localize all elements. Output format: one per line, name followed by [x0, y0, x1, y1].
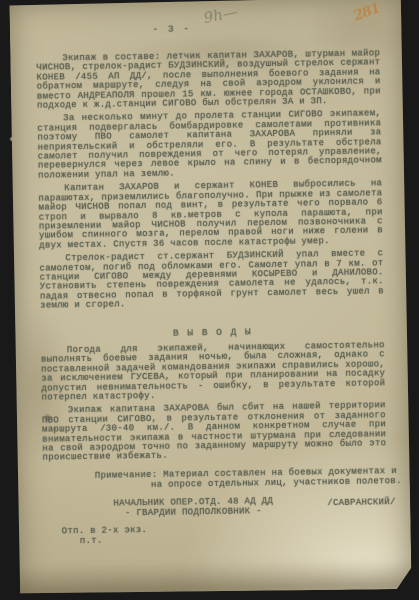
- page-number: - 3 -: [36, 21, 308, 36]
- archive-page-number: 281: [352, 1, 382, 25]
- paper-edge-shadow: [18, 559, 411, 595]
- paragraph-crash-site: Стрелок-радист ст.сержант БУДЗИНСКИЙ упа…: [39, 249, 384, 311]
- note-label: Примечание:: [95, 470, 158, 481]
- paragraph-friendly-fire: За несколько минут до пролета станции СИ…: [37, 110, 382, 181]
- signature-block: НАЧАЛЬНИК ОПЕР.ОТД. 48 АД ДД - ГВАРДИИ П…: [87, 496, 299, 519]
- footer-initials: п.т.: [62, 535, 148, 546]
- footer-copies: Отп. в 2-х экз.: [62, 525, 148, 536]
- footer-block: Отп. в 2-х экз. п.т.: [62, 525, 148, 546]
- report-body: Экипаж в составе: летчик капитан ЗАХАРОВ…: [36, 49, 384, 315]
- paragraph-weather-conclusion: Погода для экипажей, начинающих самостоя…: [41, 341, 386, 403]
- conclusions-body: Погода для экипажей, начинающих самостоя…: [41, 341, 387, 467]
- paper-sheet: - 3 - 9h— 281 Экипаж в составе: летчик к…: [9, 0, 411, 595]
- paragraph-crew-incident: Экипаж в составе: летчик капитан ЗАХАРОВ…: [36, 49, 381, 111]
- photo-background: - 3 - 9h— 281 Экипаж в составе: летчик к…: [0, 0, 419, 600]
- paragraph-route-conclusion: Экипаж капитана ЗАХАРОВА был сбит на наш…: [42, 402, 387, 464]
- note-text: Материал составлен на боевых документах …: [151, 466, 402, 489]
- paragraph-bailout: Капитан ЗАХАРОВ и сержант КОНЕВ выбросил…: [38, 180, 383, 251]
- signature-name: /САВРАНСКИЙ/: [327, 497, 396, 508]
- conclusions-heading: В Ы В О Д Ы: [41, 324, 385, 340]
- note-block: Примечание: Материал составлен на боевых…: [95, 467, 413, 491]
